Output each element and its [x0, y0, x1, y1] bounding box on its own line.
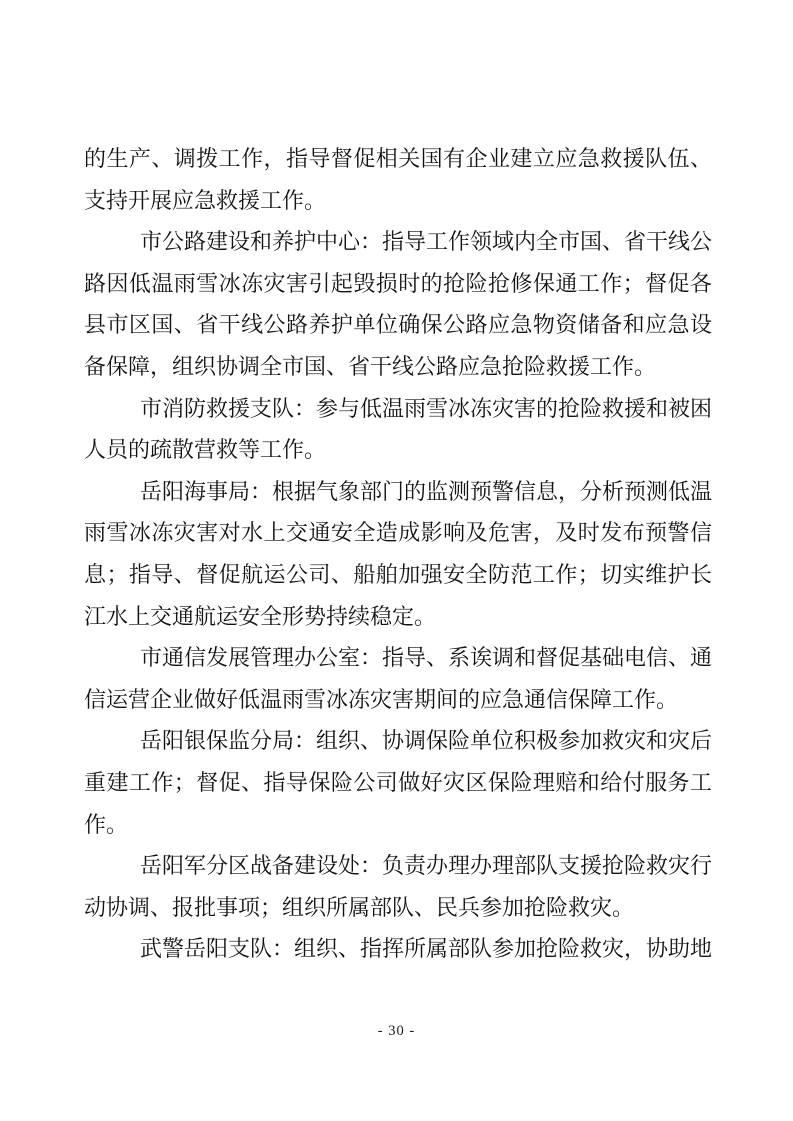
document-page: 的生产、调拨工作，指导督促相关国有企业建立应急救援队伍、支持开展应急救援工作。市… [0, 0, 793, 1121]
text-line: 的生产、调拨工作，指导督促相关国有企业建立应急救援队伍、 [84, 138, 712, 180]
text-line: 岳阳银保监分局：组织、协调保险单位积极参加救灾和灾后 [84, 720, 712, 762]
text-line: 备保障，组织协调全市国、省干线公路应急抢险救援工作。 [84, 346, 712, 388]
text-line: 岳阳海事局：根据气象部门的监测预警信息，分析预测低温 [84, 471, 712, 513]
text-line: 支持开展应急救援工作。 [84, 180, 712, 222]
body-text: 的生产、调拨工作，指导督促相关国有企业建立应急救援队伍、支持开展应急救援工作。市… [84, 138, 712, 970]
text-line: 动协调、报批事项；组织所属部队、民兵参加抢险救灾。 [84, 887, 712, 929]
text-line: 重建工作；督促、指导保险公司做好灾区保险理赔和给付服务工 [84, 762, 712, 804]
text-line: 信运营企业做好低温雨雪冰冻灾害期间的应急通信保障工作。 [84, 679, 712, 721]
text-line: 作。 [84, 804, 712, 846]
text-line: 息；指导、督促航运公司、船舶加强安全防范工作；切实维护长 [84, 554, 712, 596]
text-line: 市通信发展管理办公室：指导、系诶调和督促基础电信、通 [84, 637, 712, 679]
text-line: 人员的疏散营救等工作。 [84, 429, 712, 471]
page-number: - 30 - [0, 1020, 793, 1042]
text-line: 雨雪冰冻灾害对水上交通安全造成影响及危害，及时发布预警信 [84, 512, 712, 554]
text-line: 岳阳军分区战备建设处：负责办理办理部队支援抢险救灾行 [84, 845, 712, 887]
text-line: 路因低温雨雪冰冻灾害引起毁损时的抢险抢修保通工作；督促各 [84, 263, 712, 305]
text-line: 武警岳阳支队：组织、指挥所属部队参加抢险救灾，协助地 [84, 928, 712, 970]
text-line: 江水上交通航运安全形势持续稳定。 [84, 596, 712, 638]
text-line: 县市区国、省干线公路养护单位确保公路应急物资储备和应急设 [84, 304, 712, 346]
text-line: 市公路建设和养护中心：指导工作领域内全市国、省干线公 [84, 221, 712, 263]
text-line: 市消防救援支队：参与低温雨雪冰冻灾害的抢险救援和被困 [84, 388, 712, 430]
